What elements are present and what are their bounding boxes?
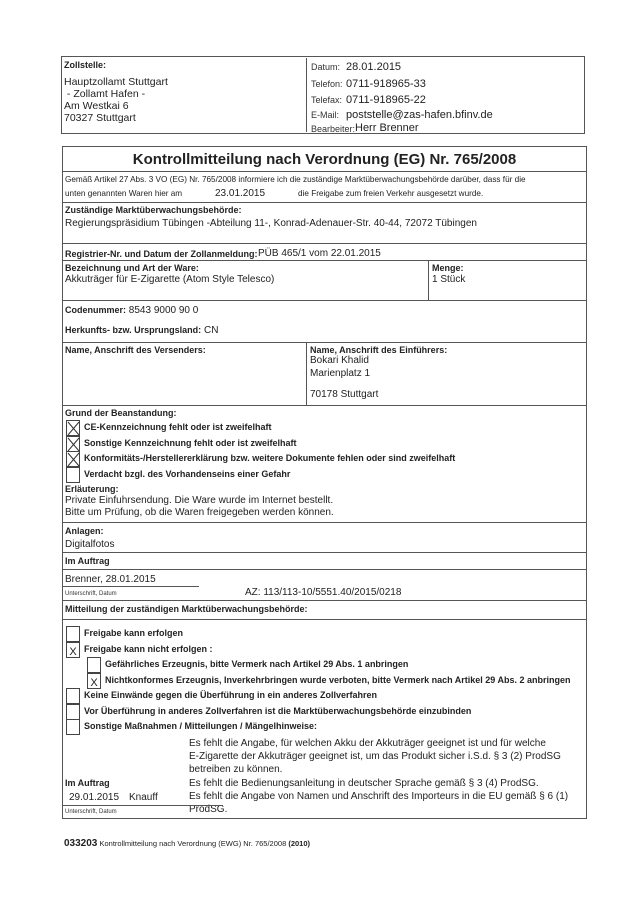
az-reference: AZ: 113/113-10/5551.40/2015/0218 <box>245 587 401 598</box>
registration-label: Registrier-Nr. und Datum der Zollanmeldu… <box>65 249 258 259</box>
authority-response-label: Mitteilung der zuständigen Marktüberwach… <box>65 604 308 614</box>
complaint-checkbox-label: Sonstige Kennzeichnung fehlt oder ist zw… <box>84 438 297 448</box>
divider <box>62 569 587 570</box>
bearbeiter-value: Herr Brenner <box>355 122 419 134</box>
response-checkbox-label: Sonstige Maßnahmen / Mitteilungen / Mäng… <box>84 721 317 731</box>
divider <box>428 260 429 300</box>
complaint-checkbox[interactable] <box>66 420 80 436</box>
zollstelle-line-3: Am Westkai 6 <box>64 100 129 112</box>
code-row: Codenummer: 8543 9000 90 0 <box>65 305 198 316</box>
signature2-name: Knauff <box>129 792 158 803</box>
intro-line-2a: unten genannten Waren hier am <box>65 189 182 198</box>
importer-label: Name, Anschrift des Einführers: <box>310 345 447 355</box>
divider <box>62 552 587 553</box>
origin-row: Herkunfts- bzw. Ursprungsland: CN <box>65 325 218 336</box>
signature2-caption: Unterschrift, Datum <box>65 809 117 815</box>
authority-value: Regierungspräsidium Tübingen -Abteilung … <box>65 218 477 229</box>
code-label: Codenummer: <box>65 305 126 315</box>
remark-line: betreiben zu können. <box>189 764 282 775</box>
quantity-label: Menge: <box>432 263 464 273</box>
divider <box>62 300 587 301</box>
importer-line-4: 70178 Stuttgart <box>310 389 378 400</box>
signature-caption: Unterschrift, Datum <box>65 591 117 597</box>
intro-line-2b: die Freigabe zum freien Verkehr ausgeset… <box>298 189 483 198</box>
complaint-checkbox-label: Konformitäts-/Herstellererklärung bzw. w… <box>84 453 455 463</box>
signature2-date: 29.01.2015 <box>69 792 119 803</box>
im-auftrag-label-2: Im Auftrag <box>65 778 110 788</box>
divider <box>62 342 587 343</box>
footer-form-year: (2010) <box>288 839 310 848</box>
origin-value: CN <box>204 325 218 336</box>
response-checkbox[interactable] <box>66 626 80 642</box>
response-checkbox[interactable] <box>87 657 101 673</box>
authority-label: Zuständige Marktüberwachungsbehörde: <box>65 205 242 215</box>
goods-label: Bezeichnung und Art der Ware: <box>65 263 199 273</box>
intro-date: 23.01.2015 <box>215 188 265 199</box>
response-checkbox[interactable]: X <box>87 673 101 689</box>
divider <box>306 342 307 405</box>
footer-form-number: 033203 <box>64 838 97 849</box>
sender-label: Name, Anschrift des Versenders: <box>65 345 206 355</box>
footer: 033203 Kontrollmitteilung nach Verordnun… <box>64 838 310 849</box>
datum-label: Datum: <box>311 62 340 72</box>
divider <box>62 171 587 172</box>
signature-line <box>63 586 199 587</box>
response-checkbox[interactable] <box>66 688 80 704</box>
response-checkbox-label: Vor Überführung in anderes Zollverfahren… <box>84 706 471 716</box>
explanation-line-1: Private Einfuhrsendung. Die Ware wurde i… <box>65 495 333 506</box>
telefax-value: 0711-918965-22 <box>346 94 426 106</box>
form-box <box>62 146 587 819</box>
quantity-value: 1 Stück <box>432 274 465 285</box>
zollstelle-line-2: - Zollamt Hafen - <box>64 88 145 100</box>
explanation-label: Erläuterung: <box>65 484 119 494</box>
telefon-label: Telefon: <box>311 79 343 89</box>
divider <box>62 619 587 620</box>
divider <box>62 522 587 523</box>
complaint-checkbox-label: CE-Kennzeichnung fehlt oder ist zweifelh… <box>84 422 272 432</box>
complaint-checkbox[interactable] <box>66 467 80 483</box>
zollstelle-line-4: 70327 Stuttgart <box>64 112 136 124</box>
footer-form-title: Kontrollmitteilung nach Verordnung (EWG)… <box>99 839 286 848</box>
response-checkbox[interactable]: X <box>66 642 80 658</box>
complaint-checkbox[interactable] <box>66 436 80 452</box>
form-title: Kontrollmitteilung nach Verordnung (EG) … <box>62 151 587 168</box>
attachments-value: Digitalfotos <box>65 539 114 550</box>
complaint-label: Grund der Beanstandung: <box>65 408 177 418</box>
response-checkbox-label: Nichtkonformes Erzeugnis, Inverkehrbring… <box>105 675 570 685</box>
remark-line: Es fehlt die Angabe, für welchen Akku de… <box>189 738 546 749</box>
signature2-line <box>63 805 223 806</box>
importer-line-2: Marienplatz 1 <box>310 368 370 379</box>
telefon-value: 0711-918965-33 <box>346 78 426 90</box>
response-checkbox-label: Freigabe kann nicht erfolgen : <box>84 644 213 654</box>
complaint-checkbox[interactable] <box>66 451 80 467</box>
zollstelle-label: Zollstelle: <box>64 60 106 70</box>
response-checkbox[interactable] <box>66 719 80 735</box>
im-auftrag-label: Im Auftrag <box>65 556 110 566</box>
bearbeiter-label: Bearbeiter: <box>311 124 355 134</box>
remark-line: E-Zigarette der Akkuträger geeignet ist,… <box>189 751 561 762</box>
remark-line: Es fehlt die Bedienungsanleitung in deut… <box>189 778 539 789</box>
response-checkbox-label: Gefährliches Erzeugnis, bitte Vermerk na… <box>105 659 408 669</box>
importer-line-1: Bokari Khalid <box>310 355 369 366</box>
divider <box>62 405 587 406</box>
attachments-label: Anlagen: <box>65 526 104 536</box>
response-checkbox-label: Freigabe kann erfolgen <box>84 628 183 638</box>
divider <box>62 243 587 244</box>
zollstelle-line-1: Hauptzollamt Stuttgart <box>64 76 168 88</box>
goods-value: Akkuträger für E-Zigarette (Atom Style T… <box>65 274 274 285</box>
datum-value: 28.01.2015 <box>346 61 401 73</box>
origin-label: Herkunfts- bzw. Ursprungsland: <box>65 325 201 335</box>
complaint-checkbox-label: Verdacht bzgl. des Vorhandenseins einer … <box>84 469 290 479</box>
explanation-line-2: Bitte um Prüfung, ob die Waren freigegeb… <box>65 507 334 518</box>
email-value: poststelle@zas-hafen.bfinv.de <box>346 109 493 121</box>
response-checkbox-label: Keine Einwände gegen die Überführung in … <box>84 690 377 700</box>
divider <box>62 260 587 261</box>
header-divider <box>306 58 307 132</box>
email-label: E-Mail: <box>311 110 339 120</box>
telefax-label: Telefax: <box>311 95 342 105</box>
intro-line-1: Gemäß Artikel 27 Abs. 3 VO (EG) Nr. 765/… <box>65 175 526 184</box>
signature-value: Brenner, 28.01.2015 <box>65 574 156 585</box>
divider <box>62 202 587 203</box>
response-checkbox[interactable] <box>66 704 80 720</box>
remark-line: Es fehlt die Angabe von Namen und Anschr… <box>189 791 568 802</box>
code-value: 8543 9000 90 0 <box>129 305 199 316</box>
registration-value: PÜB 465/1 vom 22.01.2015 <box>258 248 381 259</box>
divider <box>62 600 587 601</box>
